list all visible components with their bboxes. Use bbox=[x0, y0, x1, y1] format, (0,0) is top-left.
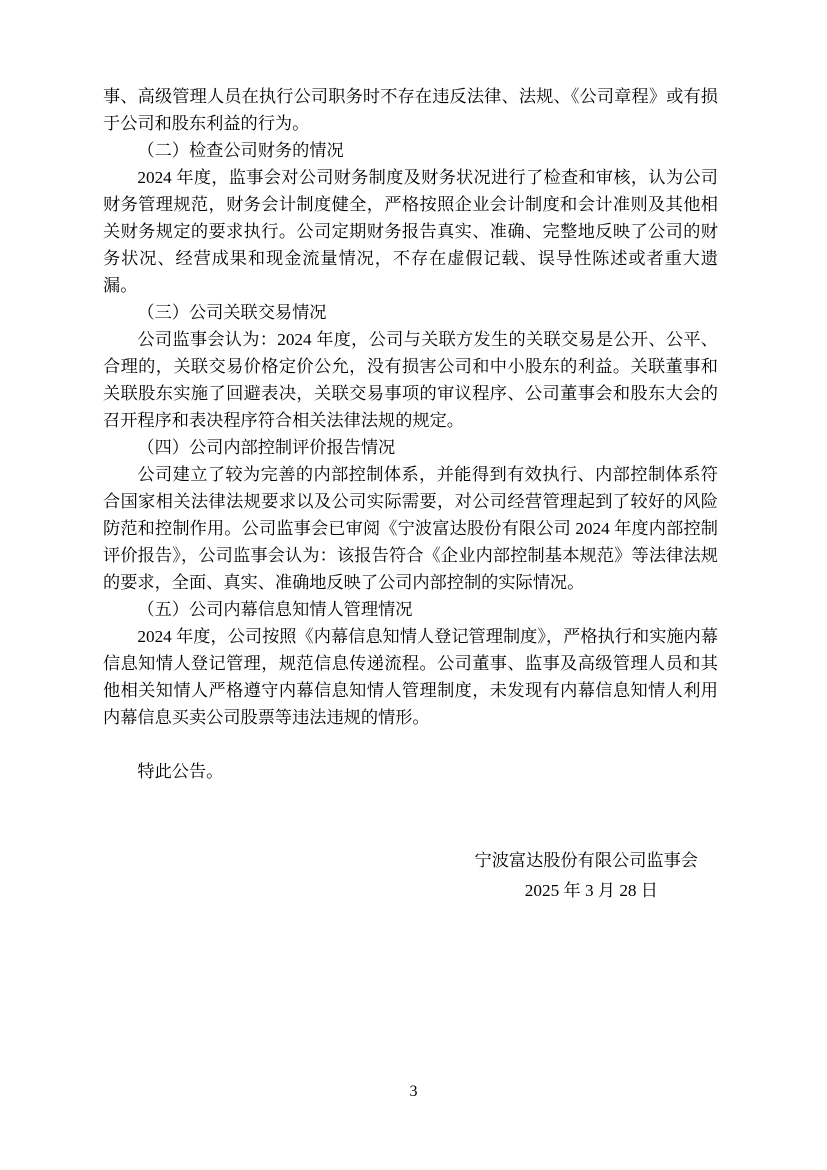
document-body: 事、高级管理人员在执行公司职务时不存在违反法律、法规、《公司章程》或有损于公司和… bbox=[103, 83, 718, 904]
page-number: 3 bbox=[0, 1078, 827, 1105]
paragraph-related-transactions: 公司监事会认为：2024 年度，公司与关联方发生的关联交易是公开、公平、合理的，… bbox=[103, 326, 718, 434]
section-heading-2: （二）检查公司财务的情况 bbox=[103, 137, 718, 164]
section-heading-3: （三）公司关联交易情况 bbox=[103, 299, 718, 326]
section-heading-4: （四）公司内部控制评价报告情况 bbox=[103, 434, 718, 461]
signature-company: 宁波富达股份有限公司监事会 bbox=[103, 847, 718, 874]
section-heading-5: （五）公司内幕信息知情人管理情况 bbox=[103, 596, 718, 623]
signature-date: 2025 年 3 月 28 日 bbox=[103, 877, 718, 904]
paragraph-internal-control: 公司建立了较为完善的内部控制体系，并能得到有效执行、内部控制体系符合国家相关法律… bbox=[103, 461, 718, 596]
paragraph-finance-review: 2024 年度，监事会对公司财务制度及财务状况进行了检查和审核，认为公司财务管理… bbox=[103, 164, 718, 299]
paragraph-continuation: 事、高级管理人员在执行公司职务时不存在违反法律、法规、《公司章程》或有损于公司和… bbox=[103, 83, 718, 137]
paragraph-insider-info: 2024 年度，公司按照《内幕信息知情人登记管理制度》，严格执行和实施内幕信息知… bbox=[103, 623, 718, 731]
closing-statement: 特此公告。 bbox=[103, 758, 718, 785]
document-page: 事、高级管理人员在执行公司职务时不存在违反法律、法规、《公司章程》或有损于公司和… bbox=[0, 0, 827, 1170]
